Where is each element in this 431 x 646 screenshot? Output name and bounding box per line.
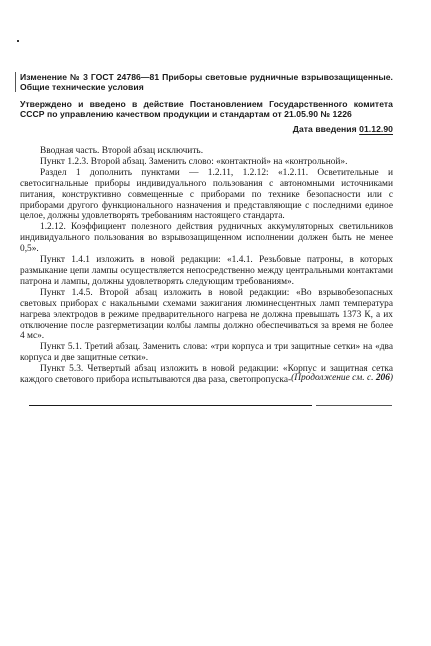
amendment-body: Вводная часть. Второй абзац исключить. П…: [20, 146, 393, 386]
continuation-note: (Продолжение см. с. 206): [291, 373, 393, 383]
paragraph: Вводная часть. Второй абзац исключить.: [20, 146, 393, 157]
scan-speck: [17, 40, 19, 42]
effective-date: Дата введения 01.12.90: [20, 124, 393, 134]
paragraph: Раздел 1 дополнить пунктами — 1.2.11, 1.…: [20, 168, 393, 223]
document-page: Изменение № 3 ГОСТ 24786—81 Приборы свет…: [0, 0, 431, 646]
date-label: Дата введения: [293, 124, 357, 134]
margin-mark: [15, 72, 16, 92]
paragraph: 1.2.12. Коэффициент полезного действия р…: [20, 222, 393, 255]
footer-rule-short: [316, 405, 392, 406]
paragraph: Пункт 1.4.1 изложить в новой редакции: «…: [20, 255, 393, 288]
continuation-close: ): [390, 373, 393, 383]
amendment-header: Изменение № 3 ГОСТ 24786—81 Приборы свет…: [20, 72, 393, 134]
date-value: 01.12.90: [359, 124, 393, 134]
continuation-page: 206: [376, 373, 390, 383]
paragraph: Пункт 5.1. Третий абзац. Заменить слова:…: [20, 342, 393, 364]
approval-statement: Утверждено и введено в действие Постанов…: [20, 99, 393, 119]
continuation-text: (Продолжение см. с.: [291, 373, 373, 383]
paragraph: Пункт 1.4.5. Второй абзац изложить в нов…: [20, 288, 393, 343]
footer-rule: [29, 405, 312, 406]
amendment-title: Изменение № 3 ГОСТ 24786—81 Приборы свет…: [20, 72, 393, 92]
paragraph: Пункт 1.2.3. Второй абзац. Заменить слов…: [20, 157, 393, 168]
